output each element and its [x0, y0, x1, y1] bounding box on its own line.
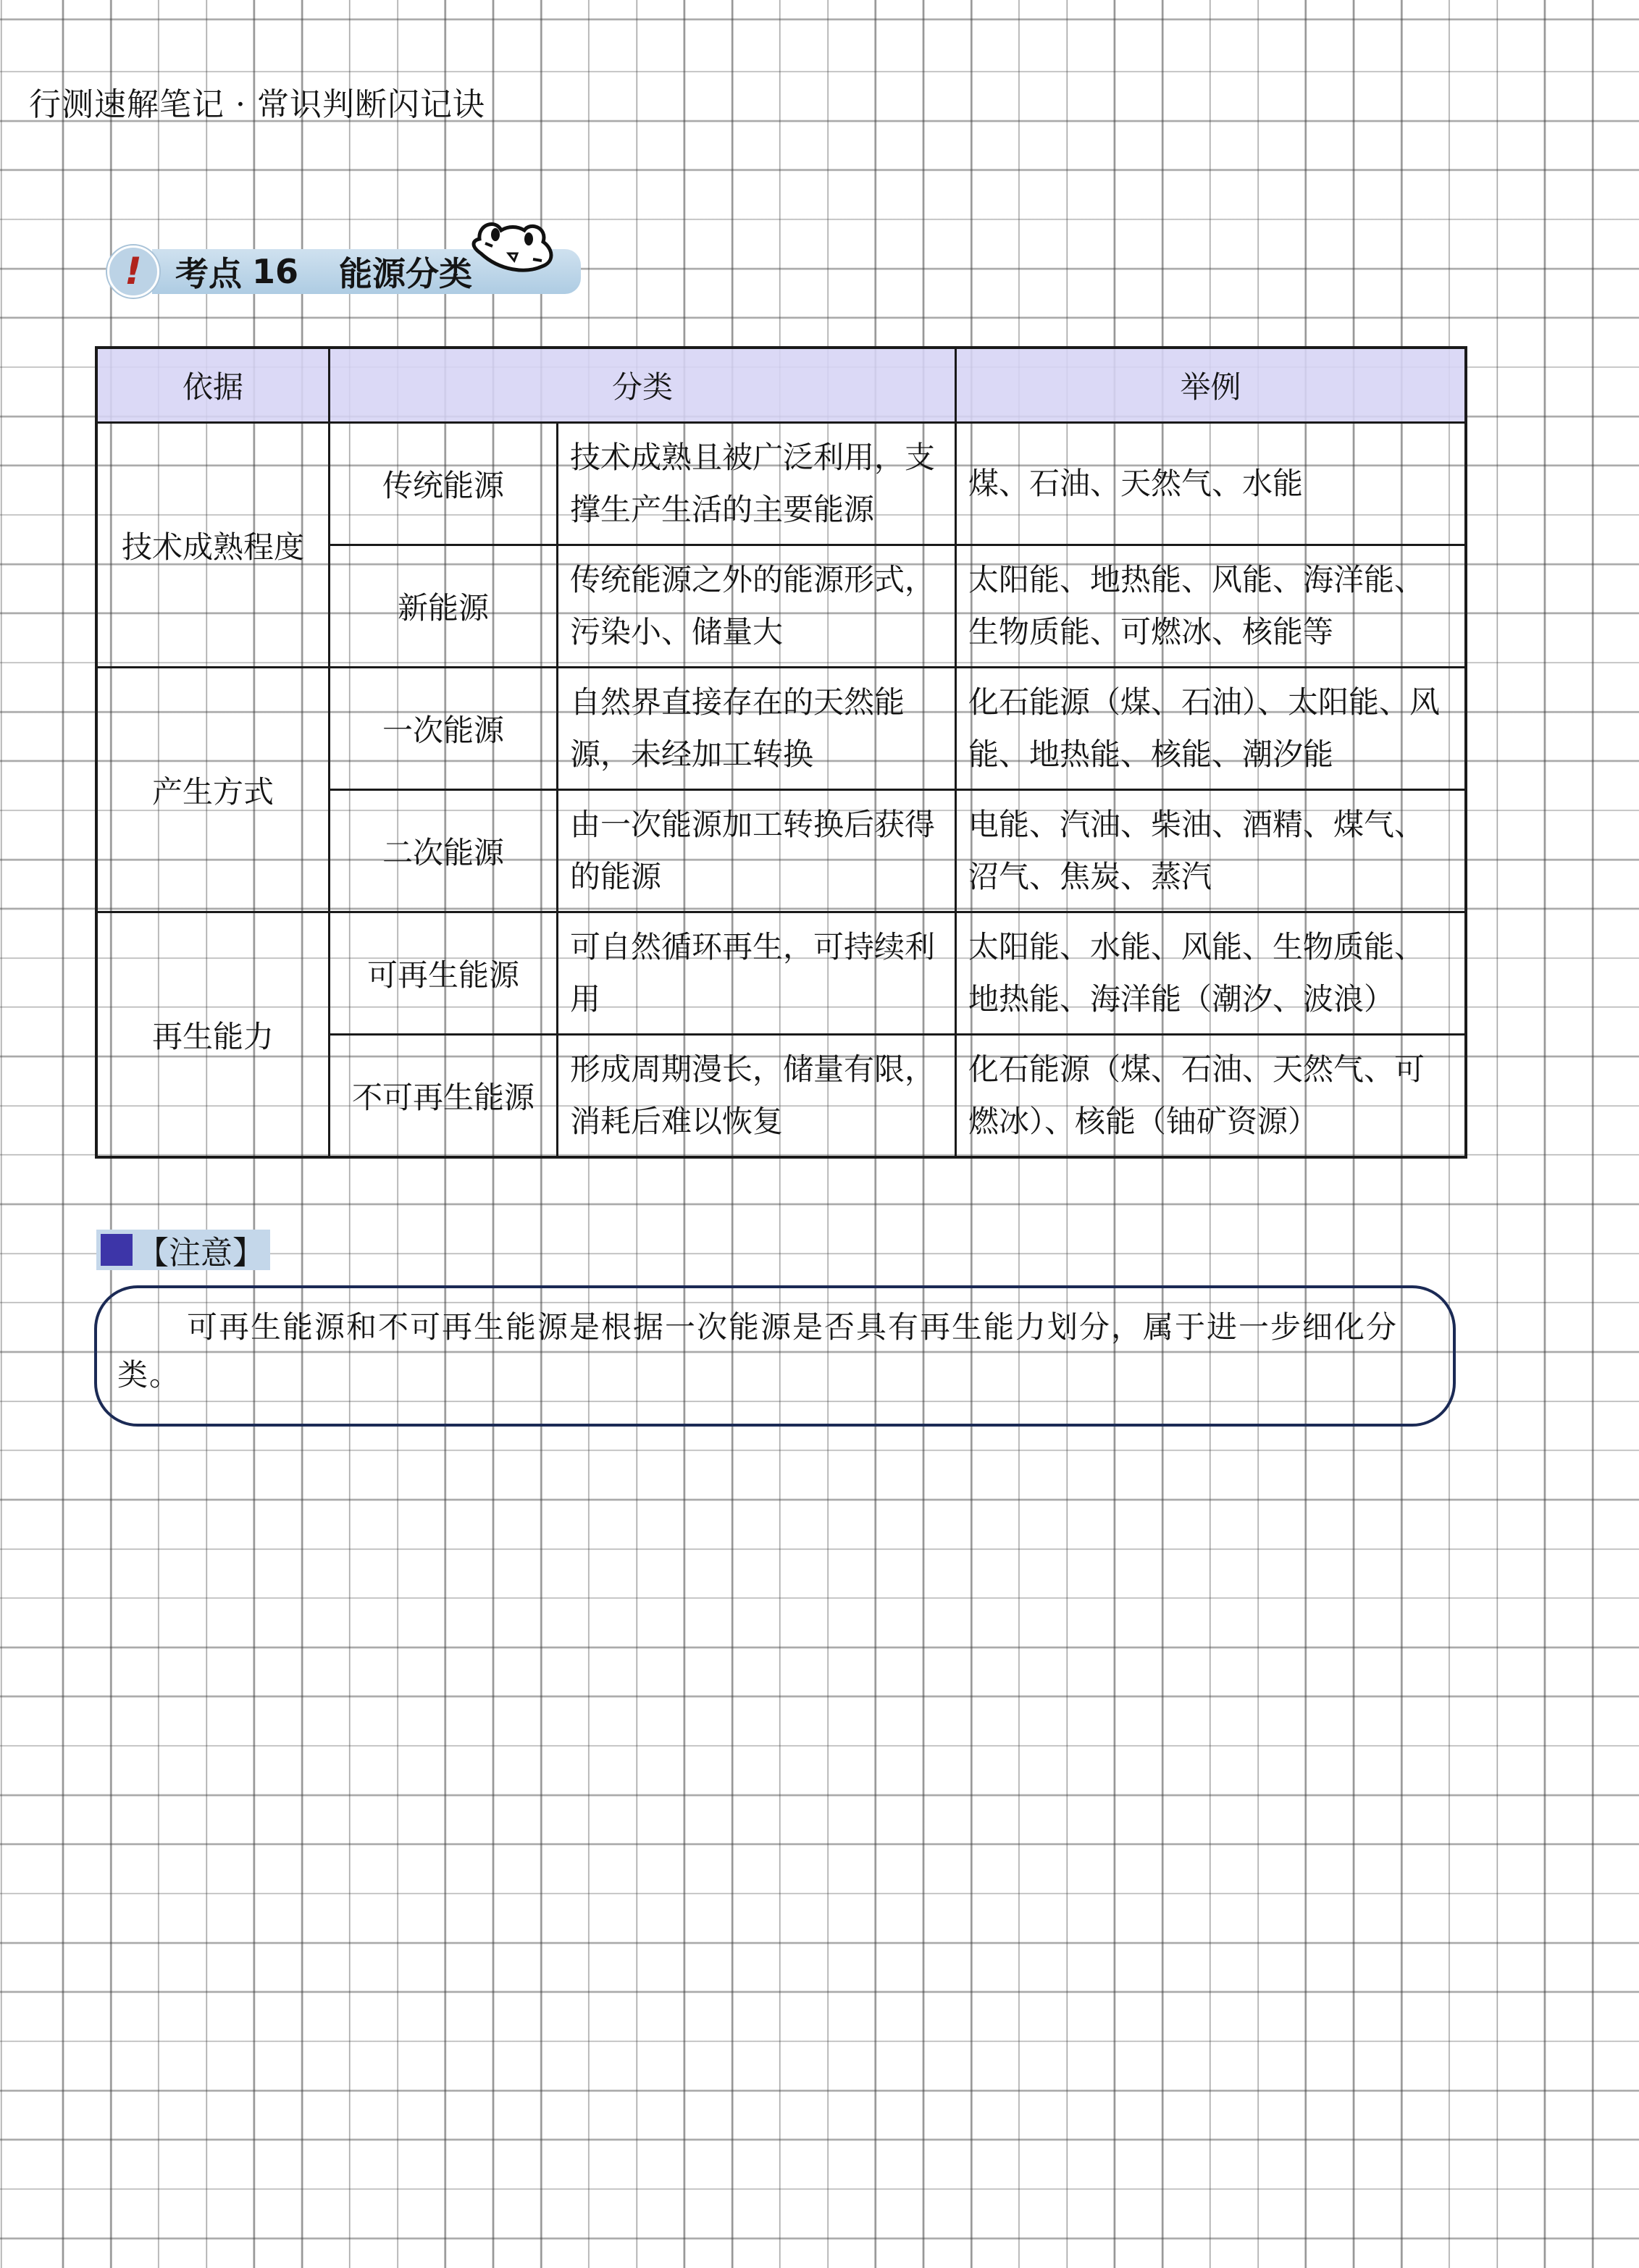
energy-classification-table: 依据 分类 举例 技术成熟程度 传统能源 技术成熟且被广泛利用，支撑生产生活的主…	[95, 346, 1467, 1159]
table-row: 再生能力 可再生能源 可自然循环再生，可持续利用 太阳能、水能、风能、生物质能、…	[96, 912, 1466, 1035]
banner-label: 考点	[175, 248, 242, 295]
type-cell: 一次能源	[330, 668, 558, 790]
basis-cell: 产生方式	[96, 668, 330, 912]
header-basis: 依据	[96, 348, 330, 423]
table-row: 技术成熟程度 传统能源 技术成熟且被广泛利用，支撑生产生活的主要能源 煤、石油、…	[96, 423, 1466, 545]
square-bullet-icon	[101, 1234, 133, 1266]
note-heading-label: 【注意】	[137, 1227, 264, 1273]
type-cell: 新能源	[330, 545, 558, 668]
examples-cell: 煤、石油、天然气、水能	[956, 423, 1467, 545]
header-category: 分类	[330, 348, 956, 423]
table-row: 产生方式 一次能源 自然界直接存在的天然能源，未经加工转换 化石能源（煤、石油）…	[96, 668, 1466, 790]
examples-cell: 化石能源（煤、石油）、太阳能、风能、地热能、核能、潮汐能	[956, 668, 1467, 790]
banner-number: 16	[252, 252, 298, 291]
type-cell: 传统能源	[330, 423, 558, 545]
exclamation-icon: !	[107, 245, 159, 298]
desc-cell: 传统能源之外的能源形式，污染小、储量大	[558, 545, 956, 668]
table-header-row: 依据 分类 举例	[96, 348, 1466, 423]
desc-cell: 自然界直接存在的天然能源，未经加工转换	[558, 668, 956, 790]
examples-cell: 太阳能、水能、风能、生物质能、地热能、海洋能（潮汐、波浪）	[956, 912, 1467, 1035]
basis-cell: 再生能力	[96, 912, 330, 1158]
header-examples: 举例	[956, 348, 1467, 423]
running-head: 行测速解笔记 · 常识判断闪记诀	[29, 78, 485, 125]
desc-cell: 技术成熟且被广泛利用，支撑生产生活的主要能源	[558, 423, 956, 545]
type-cell: 可再生能源	[330, 912, 558, 1035]
desc-cell: 由一次能源加工转换后获得的能源	[558, 790, 956, 912]
note-heading: 【注意】	[96, 1230, 270, 1270]
examples-cell: 太阳能、地热能、风能、海洋能、生物质能、可燃冰、核能等	[956, 545, 1467, 668]
desc-cell: 可自然循环再生，可持续利用	[558, 912, 956, 1035]
note-text: 可再生能源和不可再生能源是根据一次能源是否具有再生能力划分，属于进一步细化分类。	[117, 1303, 1450, 1399]
banner-title: 能源分类	[339, 248, 472, 295]
examples-cell: 电能、汽油、柴油、酒精、煤气、沼气、焦炭、蒸汽	[956, 790, 1467, 912]
frog-icon	[464, 209, 558, 288]
desc-cell: 形成周期漫长，储量有限，消耗后难以恢复	[558, 1035, 956, 1158]
type-cell: 二次能源	[330, 790, 558, 912]
examples-cell: 化石能源（煤、石油、天然气、可燃冰）、核能（铀矿资源）	[956, 1035, 1467, 1158]
basis-cell: 技术成熟程度	[96, 423, 330, 668]
type-cell: 不可再生能源	[330, 1035, 558, 1158]
